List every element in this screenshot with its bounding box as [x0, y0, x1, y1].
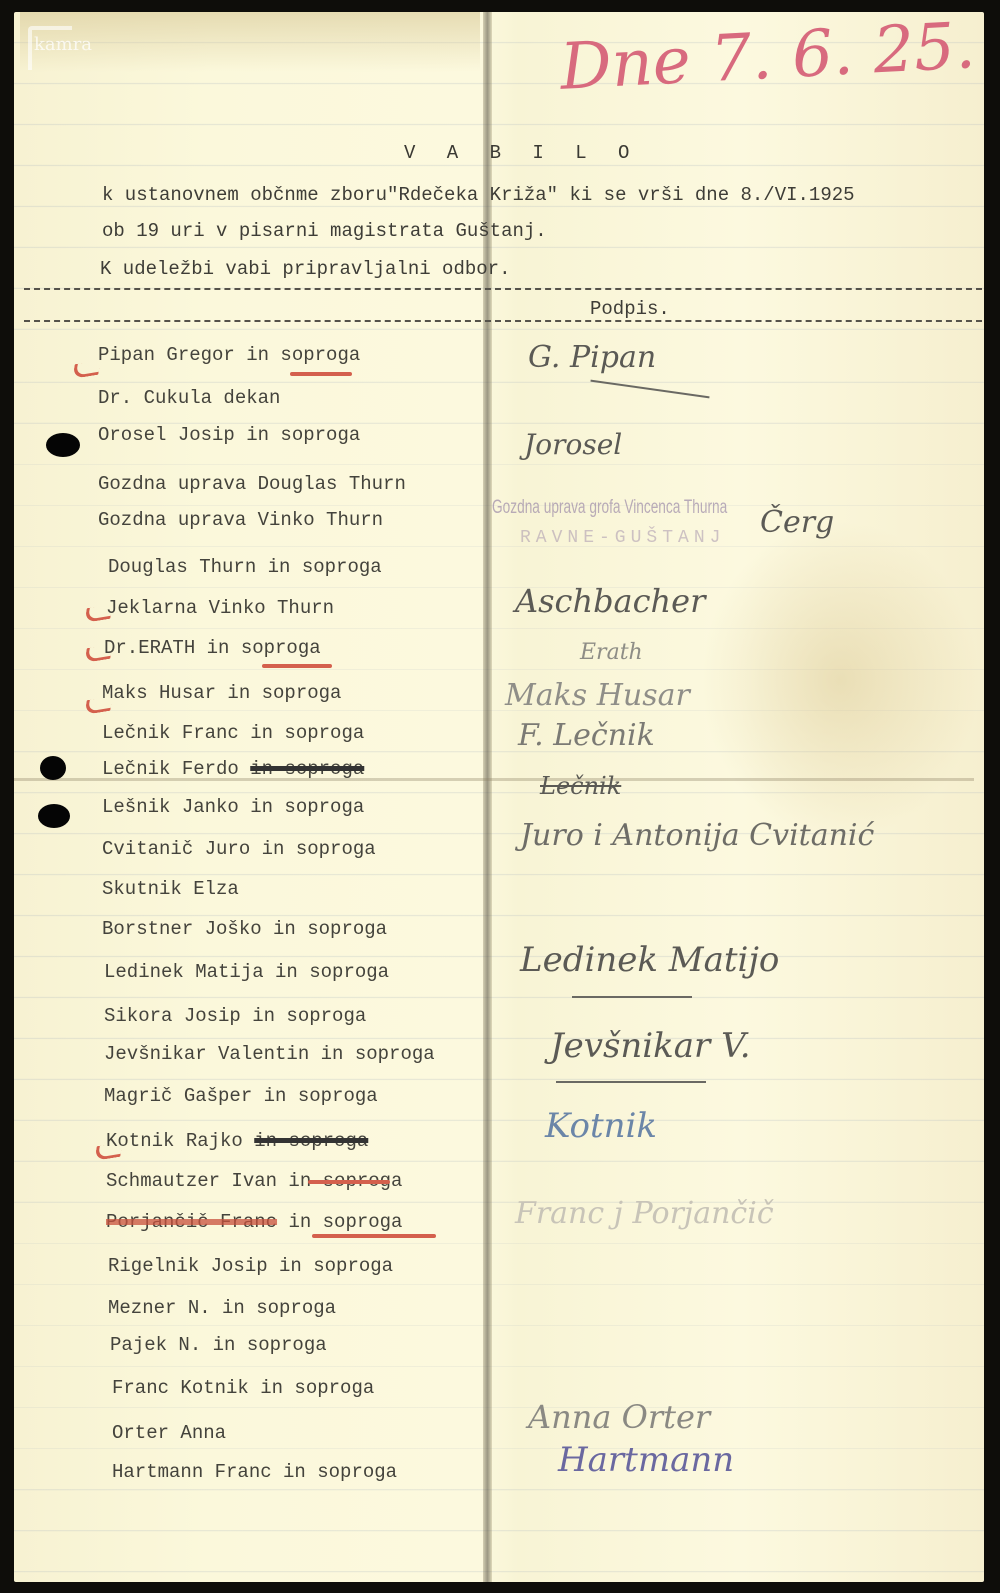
signature: Maks Husar	[505, 678, 690, 713]
invitee-name: Ledinek Matija in soproga	[104, 961, 389, 983]
invitee-name: Borstner Joško in soproga	[102, 918, 387, 940]
red-underline	[290, 372, 352, 376]
signature: Aschbacher	[515, 582, 705, 620]
invitee-name: Orosel Josip in soproga	[98, 424, 360, 446]
document-title: V A B I L O	[404, 142, 639, 164]
header-line-2: ob 19 uri v pisarni magistrata Guštanj.	[102, 220, 547, 242]
vertical-fold-crease	[483, 12, 492, 1582]
invitee-name: Pipan Gregor in soproga	[98, 344, 360, 366]
header-line-1: k ustanovnem občnme zboru"Rdečeka Križa"…	[102, 184, 855, 206]
invitee-name: Lečnik Ferdo in soproga	[102, 758, 364, 780]
struck-text: in soproga	[254, 1130, 368, 1152]
signature-underline	[572, 996, 692, 998]
punch-hole	[40, 756, 66, 780]
invitee-name: Jeklarna Vinko Thurn	[106, 597, 334, 619]
signature-underline	[556, 1081, 706, 1083]
punch-hole	[38, 804, 70, 828]
signature: Lečnik	[540, 772, 621, 800]
invitee-name: Hartmann Franc in soproga	[112, 1461, 397, 1483]
signature: Juro i Antonija Cvitanić	[520, 818, 874, 853]
signature: Čerg	[760, 505, 834, 540]
invitee-name: Maks Husar in soproga	[102, 682, 341, 704]
invitee-name-text: Lečnik Ferdo	[102, 758, 239, 780]
invitee-name: Gozdna uprava Douglas Thurn	[98, 473, 406, 495]
signature-column-label: Podpis.	[590, 298, 670, 320]
invitee-name: Skutnik Elza	[102, 878, 239, 900]
punch-hole	[46, 433, 80, 457]
invitee-name: Lešnik Janko in soproga	[102, 796, 364, 818]
invitee-name: Dr.ERATH in soproga	[104, 637, 321, 659]
struck-text: Porjančič Franc	[106, 1211, 277, 1233]
red-underline	[308, 1180, 390, 1184]
office-stamp: Gozdna uprava grofa Vincenca Thurna	[492, 497, 727, 519]
invitee-name: Magrič Gašper in soproga	[104, 1085, 378, 1107]
invitee-name: Kotnik Rajko in soproga	[106, 1130, 368, 1152]
struck-text: in soproga	[250, 758, 364, 780]
red-underline	[312, 1234, 436, 1238]
invitee-name: Rigelnik Josip in soproga	[108, 1255, 393, 1277]
invitee-name: Lečnik Franc in soproga	[102, 722, 364, 744]
invitee-name: Franc Kotnik in soproga	[112, 1377, 374, 1399]
kamra-watermark: kamra	[14, 12, 109, 56]
signature: Hartmann	[558, 1440, 734, 1480]
watermark-logo-icon	[28, 26, 72, 70]
invitee-name: Gozdna uprava Vinko Thurn	[98, 509, 383, 531]
signature: Erath	[580, 640, 643, 665]
invitee-name: Pajek N. in soproga	[110, 1334, 327, 1356]
header-line-3: K udeležbi vabi pripravljalni odbor.	[100, 258, 510, 280]
invitee-name: Mezner N. in soproga	[108, 1297, 336, 1319]
invitee-name: Porjančič Franc in soproga	[106, 1211, 402, 1233]
invitee-name: Cvitanič Juro in soproga	[102, 838, 376, 860]
signature: Jorosel	[524, 428, 622, 461]
invitee-name-text: in soproga	[288, 1211, 402, 1233]
signature: Kotnik	[545, 1106, 657, 1146]
signature: Jevšnikar V.	[550, 1026, 751, 1066]
signature: F. Lečnik	[518, 718, 655, 753]
invitee-name: Douglas Thurn in soproga	[108, 556, 382, 578]
office-stamp-location: RAVNE-GUŠTANJ	[520, 528, 725, 548]
dashed-separator	[24, 288, 982, 290]
signature: Anna Orter	[528, 1398, 710, 1436]
paper-stain	[700, 520, 980, 840]
invitee-name: Jevšnikar Valentin in soproga	[104, 1043, 435, 1065]
invitee-name-text: Kotnik Rajko	[106, 1130, 243, 1152]
signature: G. Pipan	[528, 340, 656, 375]
signature: Ledinek Matijo	[520, 940, 779, 980]
red-underline	[262, 664, 332, 668]
invitee-name: Dr. Cukula dekan	[98, 387, 280, 409]
signature: Franc j Porjančič	[515, 1196, 774, 1231]
invitee-name: Orter Anna	[112, 1422, 226, 1444]
invitee-name: Sikora Josip in soproga	[104, 1005, 366, 1027]
dashed-separator	[24, 320, 982, 322]
